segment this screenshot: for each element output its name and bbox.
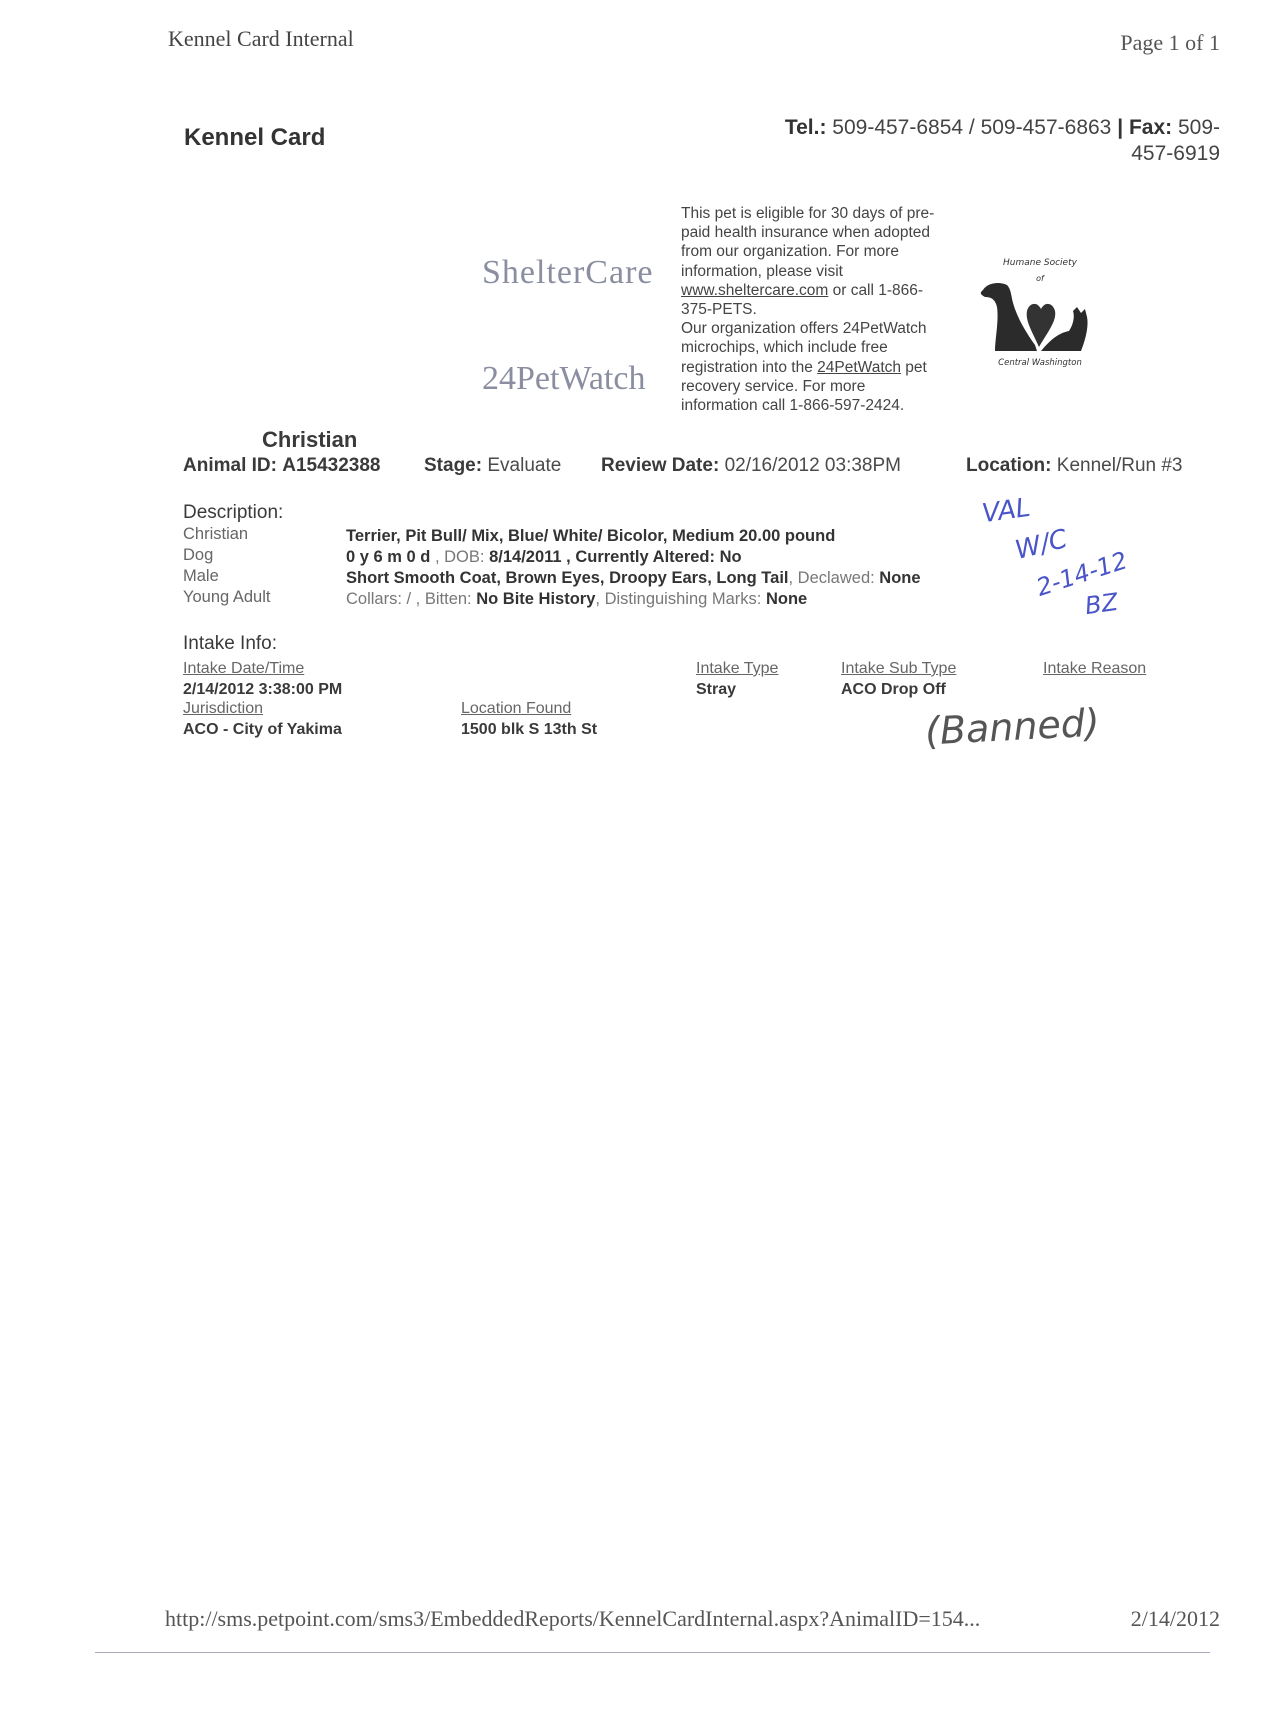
animal-id-label: Animal ID: bbox=[183, 455, 277, 476]
sheltercare-link[interactable]: www.sheltercare.com bbox=[681, 282, 828, 299]
marks-value: None bbox=[766, 590, 807, 608]
intake-date-header: Intake Date/Time bbox=[183, 660, 304, 678]
collars-bitten-label: Collars: / , Bitten: bbox=[346, 590, 476, 608]
breed-color-size: Terrier, Pit Bull/ Mix, Blue/ White/ Bic… bbox=[346, 526, 921, 547]
sheltercare-logo: ShelterCare bbox=[482, 254, 654, 292]
bitten-value: No Bite History bbox=[476, 590, 595, 608]
stage-value: Evaluate bbox=[487, 455, 561, 476]
contact-separator: | bbox=[1117, 116, 1123, 139]
intake-subtype-value: ACO Drop Off bbox=[841, 681, 946, 699]
physical-traits: Short Smooth Coat, Brown Eyes, Droopy Ea… bbox=[346, 569, 789, 587]
description-title: Description: bbox=[183, 502, 283, 524]
intake-subtype-header: Intake Sub Type bbox=[841, 660, 956, 678]
description-sex: Male bbox=[183, 566, 270, 587]
promo-line: registration into the bbox=[681, 359, 817, 376]
card-title: Kennel Card bbox=[184, 124, 325, 152]
humane-society-logo: Humane Society of Central Washington bbox=[965, 255, 1115, 370]
intake-type-header: Intake Type bbox=[696, 660, 778, 678]
24petwatch-logo: 24PetWatch bbox=[482, 360, 645, 398]
contact-info: Tel.: 509-457-6854 / 509-457-6863 | Fax:… bbox=[700, 115, 1220, 167]
altered-label: , Currently Altered: bbox=[562, 548, 720, 566]
svg-text:of: of bbox=[1036, 274, 1045, 283]
location-value: Kennel/Run #3 bbox=[1057, 455, 1183, 476]
svg-text:Humane Society: Humane Society bbox=[1003, 258, 1078, 268]
fax-label: Fax: bbox=[1129, 116, 1172, 139]
stage-label: Stage: bbox=[424, 455, 482, 476]
dog-heart-cat-icon: Humane Society of Central Washington bbox=[965, 255, 1115, 370]
review-date-value: 02/16/2012 03:38PM bbox=[725, 455, 901, 476]
handwritten-initials: BZ bbox=[1083, 588, 1119, 620]
age: 0 y 6 m 0 d bbox=[346, 548, 430, 566]
animal-id: Animal ID: A15432388 bbox=[183, 455, 381, 477]
dob-value: 8/14/2011 bbox=[489, 548, 562, 566]
tel-value: 509-457-6854 / 509-457-6863 bbox=[832, 116, 1111, 139]
page-indicator: Page 1 of 1 bbox=[1120, 30, 1220, 56]
jurisdiction-value: ACO - City of Yakima bbox=[183, 721, 342, 739]
promo-line: microchips, which include free bbox=[681, 338, 971, 357]
promo-line: information, please visit bbox=[681, 262, 971, 281]
tel-label: Tel.: bbox=[785, 116, 827, 139]
stage: Stage: Evaluate bbox=[424, 455, 561, 477]
review-date-label: Review Date: bbox=[601, 455, 719, 476]
location-found-value: 1500 blk S 13th St bbox=[461, 721, 597, 739]
fax-value-2: 457-6919 bbox=[700, 141, 1220, 167]
dob-label: , DOB: bbox=[430, 548, 489, 566]
location-found-header: Location Found bbox=[461, 700, 571, 718]
description-species: Dog bbox=[183, 545, 270, 566]
promo-line: or call 1-866- bbox=[828, 282, 923, 299]
intake-title: Intake Info: bbox=[183, 633, 277, 655]
jurisdiction-header: Jurisdiction bbox=[183, 700, 263, 718]
footer-date: 2/14/2012 bbox=[1131, 1606, 1220, 1632]
intake-date-value: 2/14/2012 3:38:00 PM bbox=[183, 681, 342, 699]
promo-line: This pet is eligible for 30 days of pre- bbox=[681, 204, 971, 223]
description-name: Christian bbox=[183, 524, 270, 545]
promo-line: recovery service. For more bbox=[681, 377, 971, 396]
promo-line: 375-PETS. bbox=[681, 300, 971, 319]
animal-id-value: A15432388 bbox=[282, 455, 380, 476]
description-age-group: Young Adult bbox=[183, 587, 270, 608]
intake-reason-header: Intake Reason bbox=[1043, 660, 1146, 678]
promo-line: information call 1-866-597-2424. bbox=[681, 396, 971, 415]
svg-text:Central Washington: Central Washington bbox=[998, 358, 1082, 368]
marks-label: , Distinguishing Marks: bbox=[595, 590, 766, 608]
fax-value-1: 509- bbox=[1178, 116, 1220, 139]
declawed-value: None bbox=[879, 569, 920, 587]
24petwatch-link[interactable]: 24PetWatch bbox=[817, 359, 901, 376]
promo-line: Our organization offers 24PetWatch bbox=[681, 319, 971, 338]
handwritten-val: VAL bbox=[980, 493, 1032, 529]
description-details: Terrier, Pit Bull/ Mix, Blue/ White/ Bic… bbox=[346, 526, 921, 610]
animal-name: Christian bbox=[262, 427, 357, 453]
promo-line: pet bbox=[901, 359, 927, 376]
footer-url: http://sms.petpoint.com/sms3/EmbeddedRep… bbox=[165, 1606, 980, 1632]
handwritten-wc: W/C bbox=[1012, 524, 1070, 566]
review-date: Review Date: 02/16/2012 03:38PM bbox=[601, 455, 901, 477]
intake-type-value: Stray bbox=[696, 681, 736, 699]
description-left-column: Christian Dog Male Young Adult bbox=[183, 524, 270, 608]
promo-line: paid health insurance when adopted bbox=[681, 223, 971, 242]
print-header-title: Kennel Card Internal bbox=[168, 26, 354, 52]
promo-line: from our organization. For more bbox=[681, 242, 971, 261]
footer-divider bbox=[95, 1652, 1210, 1653]
handwritten-banned: (Banned) bbox=[924, 700, 1101, 753]
declawed-label: , Declawed: bbox=[789, 569, 880, 587]
location-label: Location: bbox=[966, 455, 1052, 476]
location: Location: Kennel/Run #3 bbox=[966, 455, 1183, 477]
promo-text: This pet is eligible for 30 days of pre-… bbox=[681, 204, 971, 415]
altered-value: No bbox=[720, 548, 742, 566]
